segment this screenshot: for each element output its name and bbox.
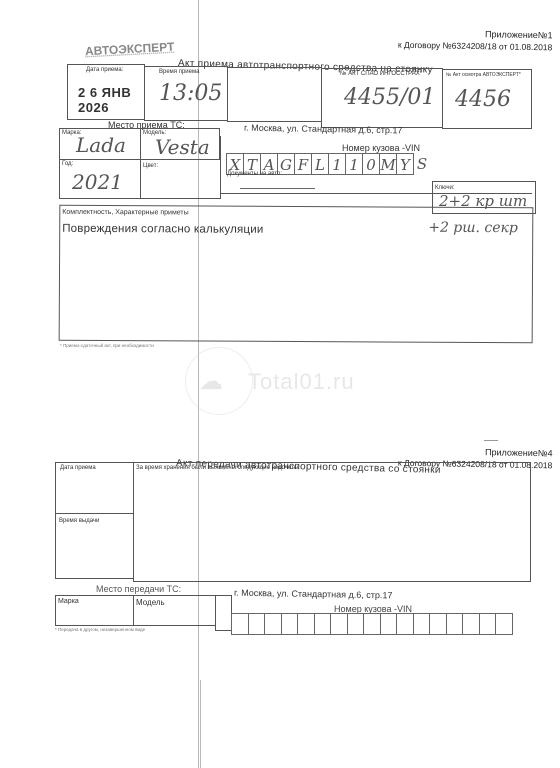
release-spacer-cell [215, 595, 232, 631]
vin-empty-box [462, 613, 480, 635]
car-cloud-icon: ☁ [199, 367, 223, 396]
keys-note-handwritten: +2 рш. секр [428, 220, 518, 236]
watermark: ☁ Total01.ru [185, 355, 385, 415]
model-cell: Модель: Vesta [140, 128, 220, 160]
vin-empty-box [330, 613, 348, 635]
release-place-value: г. Москва, ул. Стандартная д.6, стр.17 [234, 588, 393, 601]
contract-reference: к Договору №6324208/18 от 01.08.2018 [397, 39, 552, 54]
vin-empty-box [495, 613, 513, 635]
color-cell: Цвет: [140, 159, 221, 199]
appendix-header: Приложение№1 к Договору №6324208/18 от 0… [397, 27, 552, 54]
defects-cell: За время хранения были выявлены следующи… [133, 462, 531, 582]
features-cell: Комплектность, Характерные приметы Повре… [59, 205, 534, 343]
vin-empty-box [413, 613, 431, 635]
time-handwritten: 13:05 [159, 81, 222, 106]
vin-empty-box [380, 613, 398, 635]
act-number-cell: № АКТ СПАО ИНГОССТРАХ* 4455/01 [321, 68, 443, 128]
vin-empty-box [446, 613, 464, 635]
watermark-text: Total01.ru [248, 369, 355, 395]
vin-char-box: F [294, 153, 312, 175]
vin-char-box: 1 [328, 153, 346, 175]
vin-empty-box [231, 613, 249, 635]
form2-footnote: * Передача в другом, незавершенном виде [55, 627, 145, 632]
vin-char-box: L [311, 153, 329, 175]
color-label: Цвет: [143, 163, 158, 170]
release-date-cell: Дата приема [55, 462, 134, 514]
year-label: Год: [62, 161, 73, 168]
make-handwritten: Lada [76, 133, 126, 157]
features-label: Комплектность, Характерные приметы [62, 209, 188, 217]
company-logo: АВТОЭКСПЕРТ [85, 40, 175, 59]
release-vin-boxes [231, 613, 512, 635]
form1-footnote: * Приемо-сдаточный акт, при необходимост… [60, 343, 154, 348]
vin-char-box: Y [396, 153, 414, 175]
damage-text: Повреждения согласно калькуляции [62, 223, 263, 236]
time-label: Время приема [159, 69, 199, 76]
date-cell: Дата приема: 2 6 ЯНВ 2026 [67, 64, 145, 120]
vin-empty-box [347, 613, 365, 635]
vin-char-box: M [379, 153, 397, 175]
time-cell: Время приема 13:05 [144, 66, 228, 121]
dash-mark [484, 440, 498, 441]
vin-char-box: 0 [362, 153, 380, 175]
release-make-label: Марка [58, 598, 79, 605]
docs-blank-line [240, 188, 315, 189]
release-time-cell: Время выдачи [55, 513, 134, 579]
vin-empty-box [314, 613, 332, 635]
vin-empty-box [297, 613, 315, 635]
release-place-label: Место передачи ТС: [96, 584, 181, 594]
vin-empty-box [363, 613, 381, 635]
blank-cell [227, 67, 322, 122]
exam-number-cell: № Акт осмотра АВТОЭКСПЕРТ* 4456 [442, 69, 532, 129]
place-value: г. Москва, ул. Стандартная д.6, стр.17 [244, 123, 403, 136]
release-model-cell: Модель [133, 595, 216, 626]
release-time-label: Время выдачи [59, 518, 99, 525]
vin-char-box: 1 [345, 153, 363, 175]
vin-empty-box [281, 613, 299, 635]
exam-number-label: № Акт осмотра АВТОЭКСПЕРТ* [446, 72, 521, 79]
year-cell: Год: 2021 [59, 159, 141, 199]
vin-empty-box [429, 613, 447, 635]
vin-char-box: S [413, 153, 431, 175]
date-stamp: 2 6 ЯНВ 2026 [78, 85, 144, 115]
vin-empty-box [479, 613, 497, 635]
vin-empty-box [396, 613, 414, 635]
vin-empty-box [264, 613, 282, 635]
year-handwritten: 2021 [72, 170, 123, 194]
docs-label: Документы на авто: [227, 171, 282, 178]
keys-label: Ключи: [435, 185, 455, 192]
make-cell: Марка: Lada [59, 128, 141, 160]
vin-label: Номер кузова -VIN [342, 143, 420, 153]
release-model-label: Модель [136, 599, 165, 606]
model-handwritten: Vesta [155, 135, 210, 159]
release-make-cell: Марка [55, 595, 134, 626]
date-label: Дата приема: [86, 67, 123, 74]
act-number-label: № АКТ СПАО ИНГОССТРАХ* [340, 71, 422, 78]
exam-number-handwritten: 4456 [455, 87, 511, 112]
act-number-handwritten: 4455/01 [344, 85, 435, 110]
defects-label: За время хранения были выявлены следующи… [136, 465, 300, 472]
scan-fold-line-bottom [200, 680, 201, 768]
vin-empty-box [248, 613, 266, 635]
release-date-label: Дата приема [60, 465, 96, 472]
